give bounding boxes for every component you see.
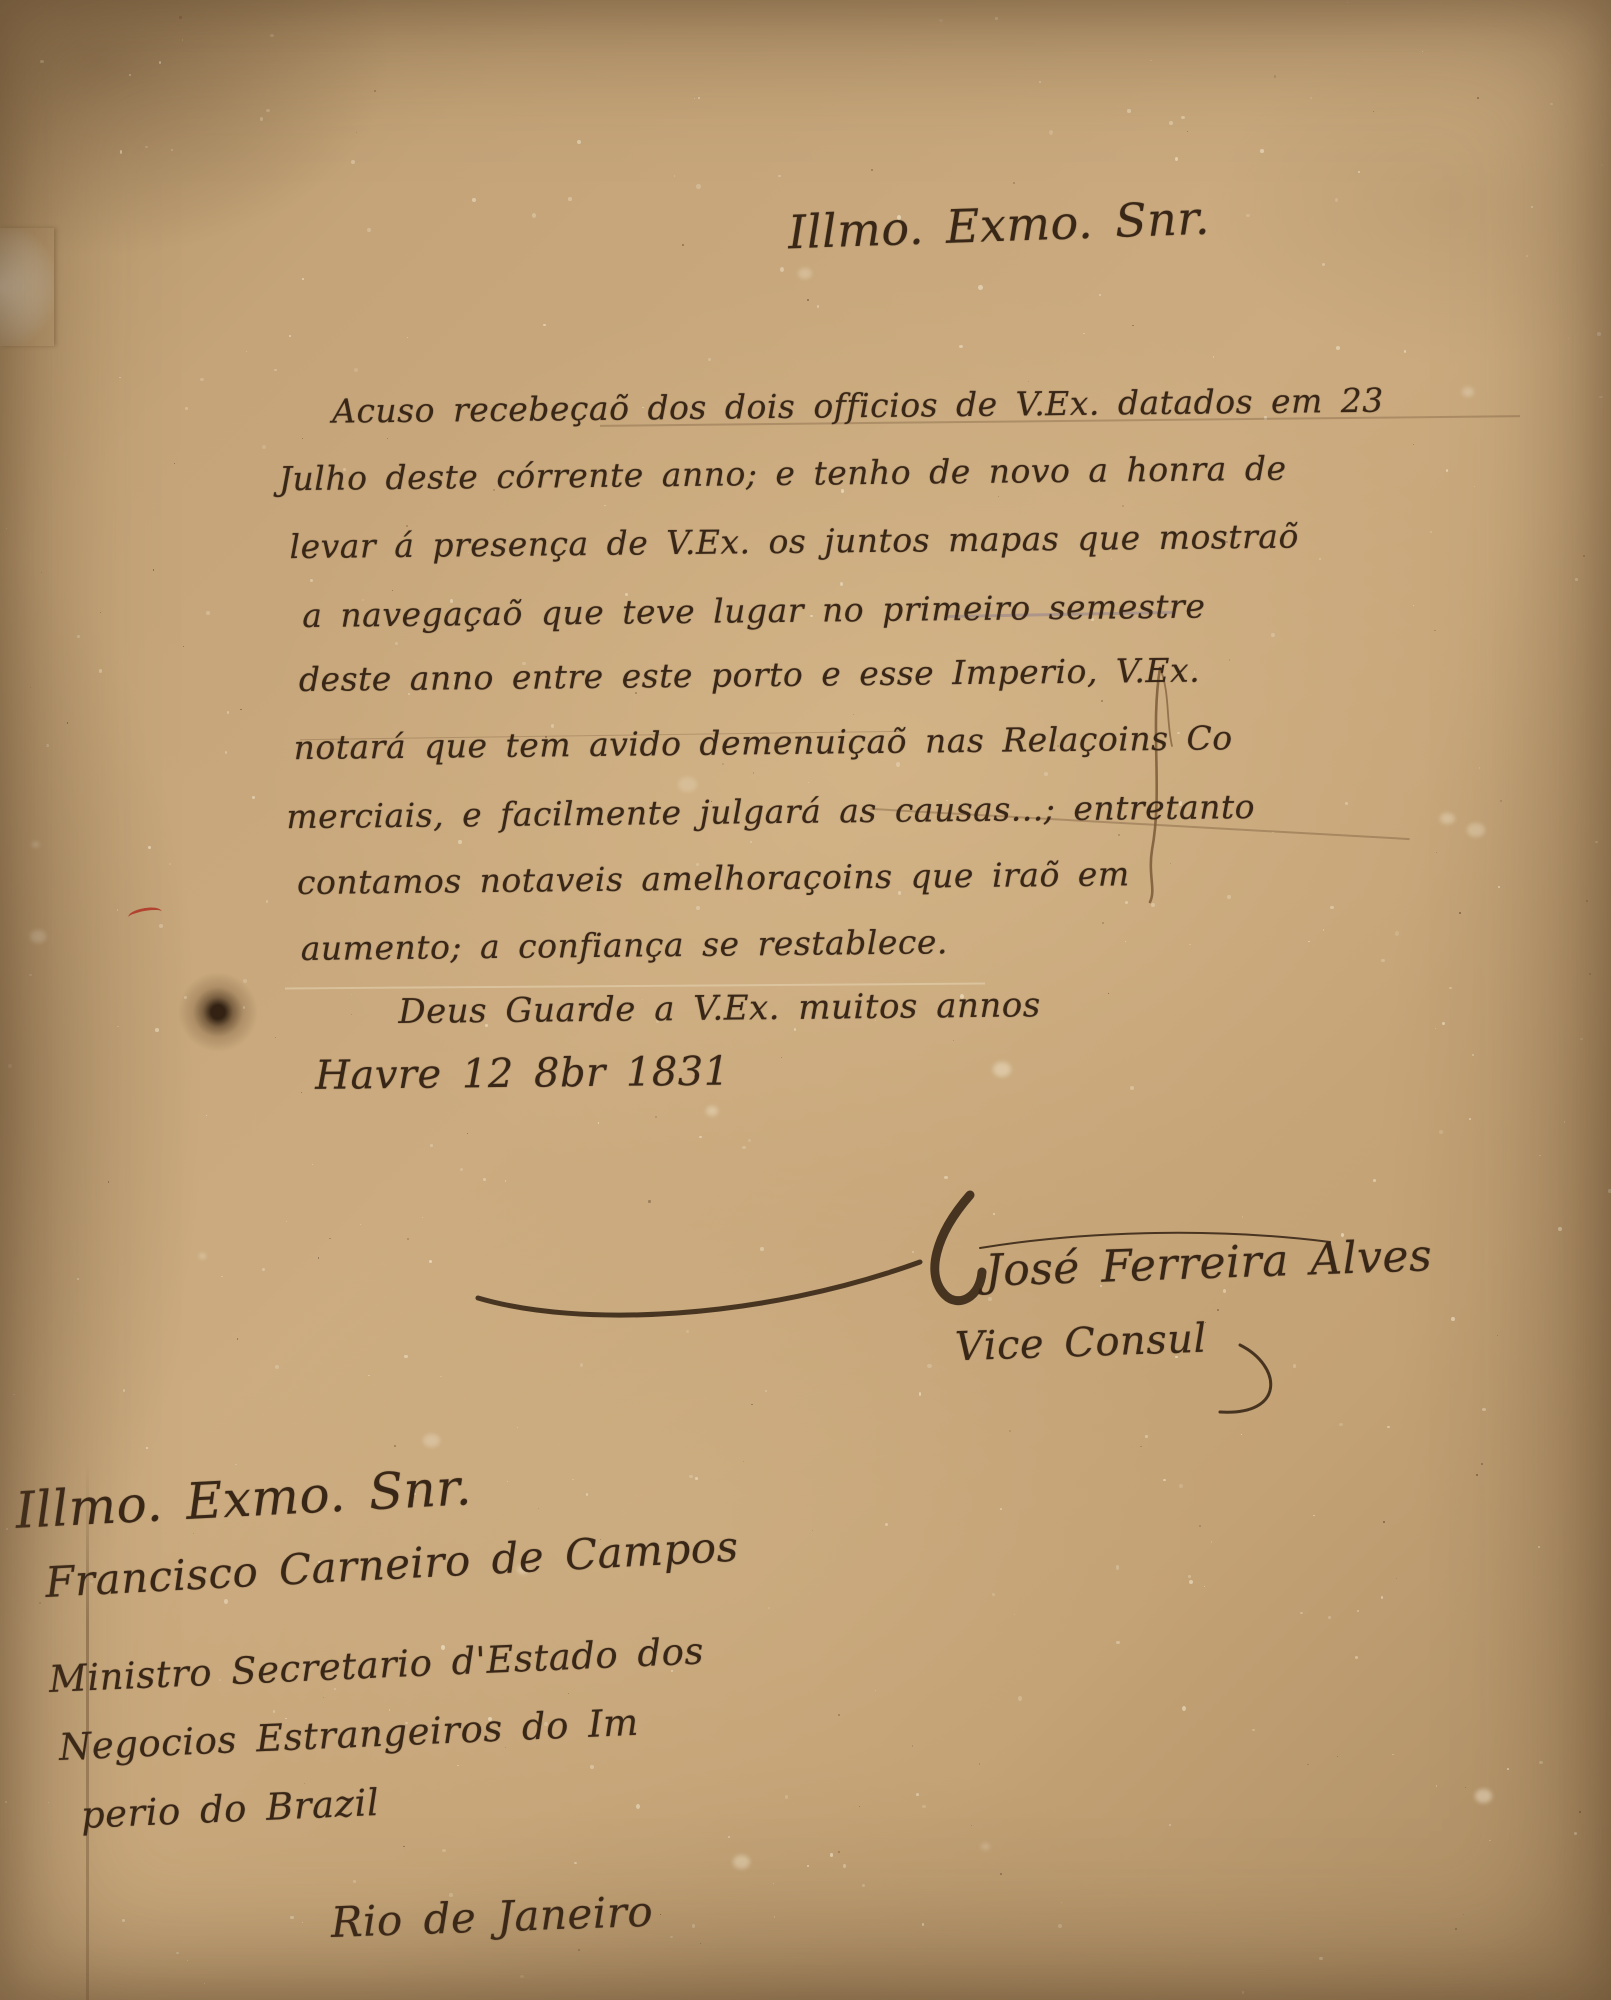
speckle [1507, 1768, 1508, 1770]
speckle [8, 1064, 12, 1068]
body-line: a navegaçaõ que teve lugar no primeiro s… [302, 587, 1206, 635]
speckle [578, 1949, 580, 1951]
speckle [146, 1447, 148, 1449]
body-line: contamos notaveis amelhoraçoins que iraõ… [297, 854, 1130, 902]
speckle [733, 1855, 750, 1869]
speckle [505, 1180, 506, 1181]
speckle [1574, 1832, 1577, 1835]
speckle [1058, 1924, 1062, 1928]
speckle [155, 1028, 159, 1032]
speckle [1469, 1118, 1471, 1120]
body-line: levar á presença de V.Ex. os juntos mapa… [289, 517, 1299, 567]
speckle [422, 1217, 423, 1218]
speckle [648, 1200, 650, 1202]
speckle [807, 1865, 809, 1867]
speckle [1009, 1430, 1011, 1432]
speckle [1116, 1565, 1120, 1570]
speckle [389, 1709, 391, 1711]
speckle [1387, 1426, 1390, 1429]
speckle [686, 1330, 690, 1334]
speckle [262, 1268, 265, 1271]
speckle [407, 1238, 409, 1240]
speckle [1482, 1408, 1486, 1412]
speckle [1383, 1521, 1385, 1523]
speckle [768, 1607, 770, 1609]
speckle [927, 1364, 931, 1368]
speckle [302, 1922, 303, 1923]
signature-title: Vice Consul [954, 1316, 1207, 1371]
speckle [1476, 1474, 1478, 1476]
speckle [598, 1122, 599, 1124]
speckle [843, 1864, 846, 1867]
speckle [1163, 1479, 1166, 1481]
speckle [944, 1176, 948, 1179]
speckle [1539, 1155, 1541, 1156]
speckle [981, 1843, 991, 1851]
speckle [922, 1805, 926, 1808]
speckle [1307, 1764, 1309, 1766]
speckle [728, 1836, 730, 1839]
speckle [580, 1363, 583, 1367]
speckle [862, 1884, 865, 1887]
speckle [275, 1037, 276, 1038]
speckle [700, 1943, 701, 1944]
speckle [243, 1006, 246, 1009]
speckle [360, 1224, 361, 1225]
speckle [440, 1376, 442, 1378]
speckle [1217, 1309, 1219, 1311]
speckle [838, 1851, 840, 1853]
speckle [1328, 1616, 1331, 1619]
speckle [286, 1221, 287, 1222]
speckle [187, 1960, 189, 1961]
speckle [568, 1693, 569, 1694]
speckle [655, 1116, 657, 1118]
speckle [751, 1404, 752, 1405]
speckle [1145, 1435, 1149, 1438]
speckle [765, 1390, 767, 1392]
speckle [5, 1801, 7, 1803]
speckle [538, 1508, 539, 1509]
speckle [1014, 1614, 1015, 1615]
speckle [1475, 1789, 1493, 1803]
speckle [830, 1853, 834, 1857]
speckle [1465, 1787, 1466, 1788]
speckle [692, 1924, 695, 1928]
speckle [77, 1278, 79, 1280]
speckle [586, 1493, 589, 1496]
speckle [919, 1392, 922, 1396]
signature: José Ferreira Alves [984, 1230, 1433, 1297]
speckle [429, 1260, 432, 1263]
speckle [199, 1253, 206, 1259]
speckle [773, 1883, 774, 1884]
speckle [885, 1523, 888, 1526]
speckle [1241, 1434, 1242, 1435]
letter-page: Illmo. Exmo. Snr. Acuso recebeçaõ dos do… [0, 0, 1611, 2000]
speckle [988, 1297, 992, 1301]
speckle [1481, 1463, 1483, 1465]
speckle [1337, 1756, 1338, 1757]
speckle [781, 1057, 782, 1058]
speckle [1381, 1596, 1384, 1599]
speckle [193, 1533, 194, 1534]
speckle [1116, 1641, 1119, 1644]
valediction-line: Deus Guarde a V.Ex. muitos annos [398, 985, 1041, 1032]
speckle [6, 1528, 8, 1530]
speckle [430, 1144, 434, 1147]
speckle [1204, 1586, 1205, 1587]
speckle [13, 1394, 14, 1395]
speckle [221, 1276, 223, 1278]
speckle [1199, 1525, 1201, 1527]
speckle [1242, 1991, 1244, 1994]
speckle [48, 1802, 49, 1803]
speckle [122, 1919, 125, 1922]
speckle [204, 1983, 205, 1984]
speckle [695, 1477, 698, 1479]
address-recipient: Francisco Carneiro de Campos [44, 1522, 740, 1607]
speckle [1223, 1289, 1226, 1293]
speckle [912, 1251, 914, 1253]
speckle [1558, 1227, 1562, 1232]
speckle [1489, 1840, 1491, 1842]
speckle [1188, 1575, 1191, 1578]
dateline: Havre 12 8br 1831 [315, 1049, 730, 1099]
speckle [108, 1181, 110, 1183]
speckle [1252, 1729, 1255, 1732]
speckle [1579, 1811, 1581, 1813]
speckle [1442, 1022, 1445, 1025]
speckle [1061, 1902, 1062, 1903]
speckle [1293, 1364, 1296, 1367]
speckle [1000, 1508, 1002, 1510]
speckle [39, 1602, 41, 1604]
speckle [859, 1806, 860, 1807]
speckle [394, 1445, 396, 1447]
speckle [1242, 1216, 1243, 1218]
signature-flourish [430, 1150, 1380, 1470]
speckle [992, 1593, 995, 1596]
address-city: Rio de Janeiro [330, 1887, 654, 1947]
speckle [699, 1136, 702, 1139]
speckle [1538, 1546, 1540, 1548]
body-line: Julho deste córrente anno; e tenho de no… [279, 449, 1287, 499]
speckle [237, 1338, 239, 1340]
speckle [1539, 1761, 1543, 1764]
speckle [329, 1238, 330, 1239]
speckle [1392, 1754, 1394, 1756]
address-title-line: Negocios Estrangeiros do Im [58, 1701, 640, 1769]
speckle [812, 1530, 813, 1531]
speckle [922, 1923, 925, 1926]
body-line: merciais, e facilmente julgará as causas… [286, 787, 1255, 836]
letter-body: Acuso recebeçaõ dos dois officios de V.E… [0, 0, 1611, 1003]
speckle [993, 1062, 1011, 1076]
speckle [572, 1479, 573, 1480]
speckle [517, 1427, 518, 1428]
speckle [1564, 1121, 1565, 1122]
speckle [1313, 1515, 1315, 1517]
speckle [706, 1106, 718, 1116]
speckle [993, 1213, 996, 1215]
speckle [760, 1247, 763, 1251]
speckle [235, 1464, 237, 1466]
speckle [467, 1133, 468, 1134]
speckle [206, 1115, 207, 1116]
speckle [875, 1690, 876, 1691]
speckle [748, 1139, 751, 1142]
speckle [1319, 1957, 1322, 1961]
speckle [1000, 1873, 1002, 1875]
speckle [323, 1697, 324, 1698]
speckle [1140, 1446, 1142, 1448]
speckle [117, 1026, 119, 1027]
speckle [483, 1178, 486, 1181]
body-line: deste anno entre este porto e esse Imper… [299, 651, 1201, 699]
speckle [404, 1355, 408, 1359]
speckle [1580, 1038, 1582, 1040]
speckle [742, 1146, 746, 1150]
speckle [1472, 1054, 1474, 1056]
speckle [660, 1914, 661, 1915]
speckle [368, 1375, 370, 1377]
speckle [457, 1765, 459, 1766]
speckle [301, 1092, 302, 1093]
speckle [1130, 1086, 1134, 1090]
speckle [1463, 1914, 1464, 1915]
speckle [1339, 1423, 1343, 1426]
speckle [353, 1880, 356, 1884]
speckle [636, 1804, 640, 1810]
body-line: aumento; a confiança se restablece. [301, 922, 949, 968]
speckle [442, 1849, 447, 1852]
speckle [574, 1862, 577, 1864]
speckle [1211, 1541, 1212, 1542]
speckle [979, 1763, 981, 1765]
body-line: Acuso recebeçaõ dos dois officios de V.E… [332, 381, 1384, 431]
speckle [275, 1365, 279, 1369]
speckle [351, 1014, 352, 1015]
speckle [1396, 1578, 1397, 1579]
address-title-line: Ministro Secretario d'Estado dos [48, 1629, 705, 1701]
speckle [838, 1714, 840, 1716]
speckle [1182, 1706, 1186, 1711]
speckle [403, 1846, 405, 1848]
address-title-line: perio do Brazil [80, 1781, 380, 1837]
speckle [318, 1257, 320, 1259]
speckle [273, 1710, 276, 1713]
speckle [176, 1952, 178, 1954]
speckle [1373, 1179, 1376, 1182]
speckle [1497, 1335, 1498, 1336]
speckle [971, 1825, 972, 1826]
speckle [1018, 1696, 1022, 1701]
speckle [1455, 1928, 1457, 1930]
speckle [743, 1461, 744, 1462]
speckle [460, 1168, 463, 1171]
speckle [794, 1028, 796, 1030]
speckle [1108, 993, 1109, 994]
speckle [423, 1434, 440, 1448]
speckle [1357, 1610, 1360, 1612]
speckle [1179, 1484, 1183, 1489]
speckle [785, 1795, 789, 1799]
body-line: notará que tem avido demenuiçaõ nas Rela… [293, 718, 1232, 767]
speckle [670, 1936, 673, 1938]
speckle [916, 1793, 919, 1796]
speckle [1439, 1130, 1443, 1134]
speckle [224, 1599, 228, 1604]
speckle [774, 1916, 775, 1918]
speckle [1355, 1656, 1358, 1659]
speckle [1189, 1580, 1193, 1584]
speckle [689, 1475, 693, 1478]
speckle [953, 1040, 955, 1042]
speckle [1436, 1785, 1438, 1787]
speckle [290, 1916, 293, 1920]
speckle [520, 1975, 524, 1978]
speckle [1300, 1612, 1303, 1614]
speckle [507, 1481, 508, 1482]
speckle [1451, 1317, 1455, 1321]
speckle [123, 1389, 126, 1392]
speckle [1435, 1028, 1437, 1030]
speckle [590, 1765, 594, 1769]
address-salutation: Illmo. Exmo. Snr. [14, 1458, 473, 1540]
speckle [1169, 1824, 1171, 1826]
speckle [912, 1745, 914, 1747]
speckle [312, 1164, 314, 1165]
